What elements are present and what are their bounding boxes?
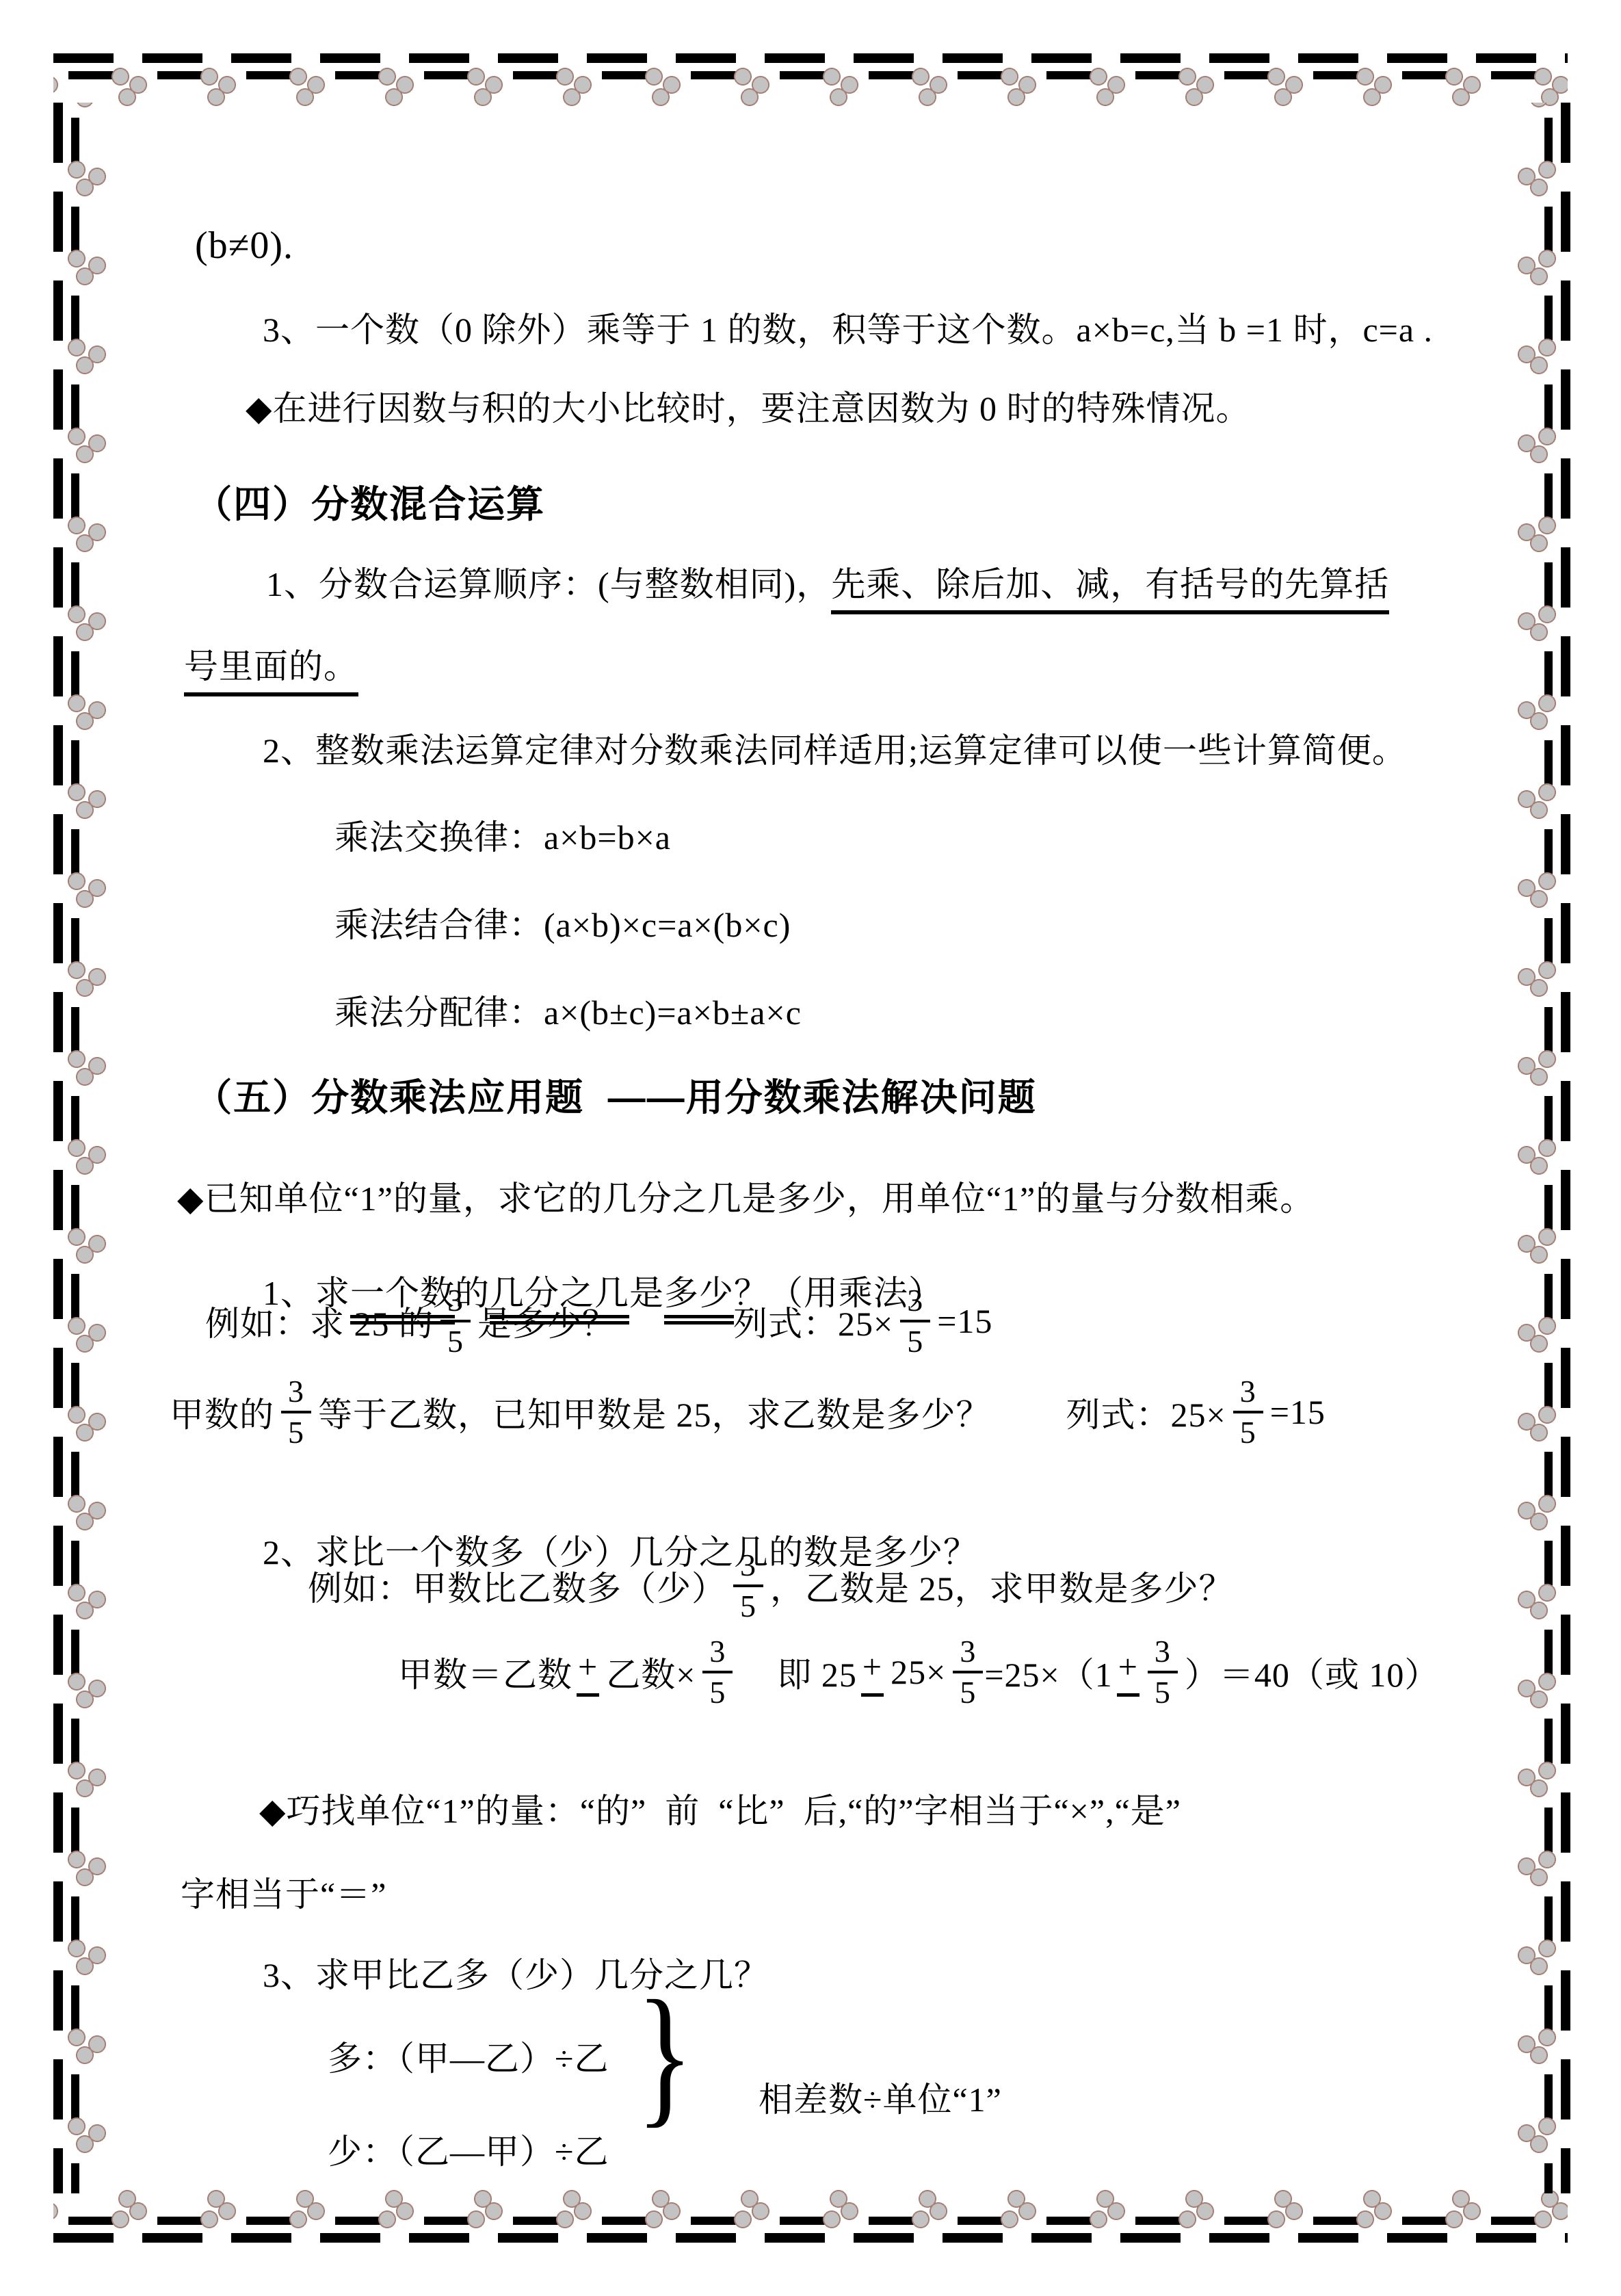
fraction-numerator: 3 xyxy=(440,1283,471,1322)
line-example-compare: 例如：甲数比乙数多（少） 35 ，乙数是 25，求甲数是多少？ xyxy=(308,1548,1234,1623)
text-segment: 例如：求 25 的 xyxy=(205,1296,434,1346)
fraction-numerator: 3 xyxy=(1148,1634,1178,1673)
border-right xyxy=(1516,103,1570,2193)
border-top xyxy=(53,53,1568,108)
text-segment: 多：（甲—乙）÷乙 xyxy=(328,2039,609,2078)
fraction-three-fifths: 35 xyxy=(281,1374,311,1450)
fraction-three-fifths: 35 xyxy=(1233,1374,1263,1450)
fraction-numerator: 3 xyxy=(281,1374,311,1413)
fraction-numerator: 3 xyxy=(702,1634,733,1673)
text-segment: 乘法交换律：a×b=b×a xyxy=(334,818,671,857)
underlined-segment: 先乘、除后加、减，有括号的先算括 xyxy=(831,565,1389,614)
fraction-denominator: 5 xyxy=(1240,1413,1256,1450)
fraction-three-fifths: 35 xyxy=(953,1634,983,1710)
line-example-25-times-three-fifths: 例如：求 25 的 35 是多少？ 列式：25× 35 =15 xyxy=(205,1283,992,1359)
text-segment: 字相当于“＝” xyxy=(181,1875,386,1914)
fraction-denominator: 5 xyxy=(960,1673,976,1710)
text-segment: 少：（乙—甲）÷乙 xyxy=(328,2132,609,2171)
heading-text: （五）分数乘法应用题 ——用分数乘法解决问题 xyxy=(194,1076,1037,1119)
text-segment: 2、整数乘法运算定律对分数乘法同样适用;运算定律可以使一些计算简便。 xyxy=(263,731,1407,770)
text-segment: ◆巧找单位“1”的量：“的” 前 “比” 后,“的”字相当于“×”,“是” xyxy=(259,1792,1181,1830)
fraction-three-fifths: 35 xyxy=(1148,1634,1178,1710)
line-less-formula: 少：（乙—甲）÷乙 xyxy=(291,2085,609,2219)
text-segment: ，乙数是 25，求甲数是多少？ xyxy=(770,1561,1234,1610)
fraction-numerator: 3 xyxy=(953,1634,983,1673)
text-segment: ◆在进行因数与积的大小比较时，要注意因数为 0 时的特殊情况。 xyxy=(246,389,1250,428)
fraction-denominator: 5 xyxy=(447,1322,464,1359)
fraction-three-fifths: 35 xyxy=(702,1634,733,1710)
text-segment: 乙数× xyxy=(606,1647,696,1697)
border-left xyxy=(53,103,108,2193)
fraction-three-fifths: 35 xyxy=(733,1548,763,1623)
line-example-jia-yi-numbers: 甲数的 35 等于乙数，已知甲数是 25，求乙数是多少？ 列式：25× 35 =… xyxy=(170,1374,1326,1450)
plus-minus-sign: + xyxy=(1117,1647,1139,1697)
text-segment: =25×（1 xyxy=(984,1647,1112,1697)
text-segment: 相差数÷单位“1” xyxy=(759,2080,1002,2119)
fraction-three-fifths: 35 xyxy=(900,1283,930,1359)
line-operation-order: 1、分数合运算顺序：(与整数相同)，先乘、除后加、减，有括号的先算括 xyxy=(229,518,1389,651)
right-brace: } xyxy=(636,1953,694,2157)
document-page: { "style": { "page_bg": "#ffffff", "text… xyxy=(0,0,1621,2296)
text-segment: =15 xyxy=(937,1301,992,1341)
fraction-three-fifths: 35 xyxy=(440,1283,471,1359)
text-segment: 即 25 xyxy=(777,1647,857,1697)
line-difference-divide-unit-1: 相差数÷单位“1” xyxy=(722,2033,1002,2167)
text-segment: 25× xyxy=(891,1652,946,1692)
fraction-denominator: 5 xyxy=(740,1587,756,1624)
border-bottom xyxy=(53,2188,1568,2243)
text-segment: ◆已知单位“1”的量，求它的几分之几是多少，用单位“1”的量与分数相乘。 xyxy=(177,1179,1315,1218)
text-segment: =15 xyxy=(1270,1392,1326,1432)
text-segment: ）＝40（或 10） xyxy=(1185,1647,1440,1697)
text-segment: 等于乙数，已知甲数是 25，求乙数是多少？ xyxy=(318,1387,991,1437)
text-segment: 列式：25× xyxy=(733,1296,893,1346)
fraction-denominator: 5 xyxy=(288,1413,304,1450)
fraction-denominator: 5 xyxy=(907,1322,923,1359)
text-segment: 1、分数合运算顺序：(与整数相同)， xyxy=(266,565,831,603)
text-segment: 例如：甲数比乙数多（少） xyxy=(308,1561,726,1610)
text-segment: 是多少？ xyxy=(477,1296,617,1346)
brace-glyph: } xyxy=(636,1968,694,2141)
text-segment: 列式：25× xyxy=(1066,1387,1226,1437)
text-segment: 甲数＝乙数 xyxy=(398,1647,572,1697)
fraction-numerator: 3 xyxy=(733,1548,763,1587)
plus-minus-sign: + xyxy=(577,1647,599,1697)
text-segment: (b≠0). xyxy=(195,224,293,267)
fraction-numerator: 3 xyxy=(1233,1374,1263,1413)
text-segment: 乘法结合律：(a×b)×c=a×(b×c) xyxy=(334,906,791,944)
line-formula-compare: 甲数＝乙数 + 乙数× 35 即 25 + 25× 35 =25×（1 + 35… xyxy=(398,1634,1439,1710)
fraction-denominator: 5 xyxy=(1155,1673,1171,1710)
fraction-numerator: 3 xyxy=(900,1283,930,1322)
plus-minus-sign: + xyxy=(861,1647,884,1697)
text-segment: 甲数的 xyxy=(170,1387,274,1437)
fraction-denominator: 5 xyxy=(709,1673,726,1710)
